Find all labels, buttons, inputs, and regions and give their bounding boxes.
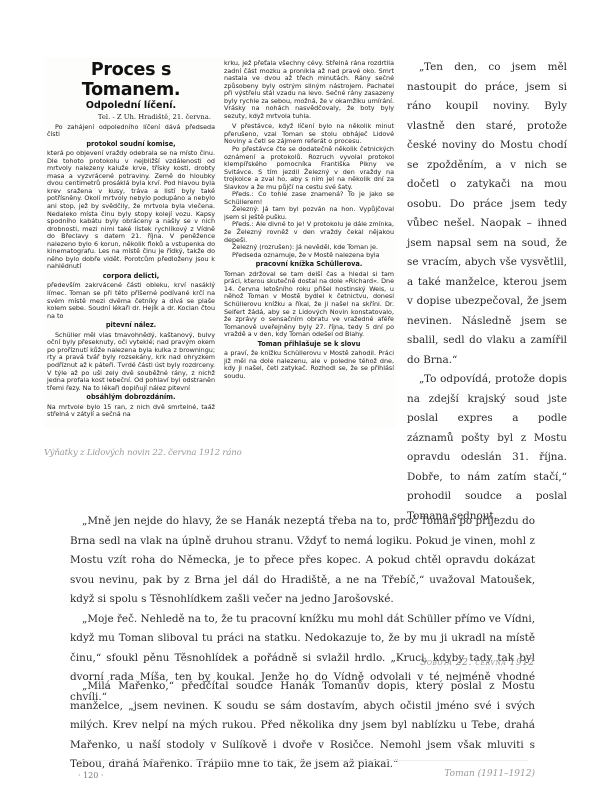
side-column-text: „Ten den, co jsem měl nastoupit do práce…	[407, 58, 567, 526]
newspaper-subhead: pitevní nález.	[47, 322, 215, 330]
newspaper-subheadline: Odpolední líčení.	[47, 100, 215, 111]
running-title: Toman (1911–1912)	[444, 769, 535, 779]
newspaper-paragraph: Předseda oznamuje, že v Mostě nalezena b…	[224, 252, 394, 260]
newspaper-left-column: Proces s Tomanem. Odpolední líčení. Tel.…	[47, 58, 215, 419]
side-paragraph: „Ten den, co jsem měl nastoupit do práce…	[407, 58, 567, 370]
section-dateline: Sobota 22. června 1912	[420, 658, 535, 668]
newspaper-subhead: Toman přihlašuje se k slovu	[224, 341, 394, 349]
newspaper-paragraph: a praví, že knížku Schüllerovu v Mostě z…	[224, 350, 394, 380]
newspaper-paragraph: Na mrtvole bylo 15 ran, z nich dvě smrte…	[47, 404, 215, 419]
newspaper-clipping: Proces s Tomanem. Odpolední líčení. Tel.…	[44, 58, 396, 428]
newspaper-subhead: corpora delicti,	[47, 273, 215, 281]
page-number: · 120 ·	[78, 771, 103, 780]
newspaper-paragraph: Toman zdržoval se tam delší čas a hledal…	[224, 271, 394, 339]
book-page: Proces s Tomanem. Odpolední líčení. Tel.…	[0, 0, 611, 799]
image-caption: Výňatky z Lidových novin 22. června 1912…	[44, 448, 242, 458]
newspaper-paragraph: V přestávce, když líčení bylo na několik…	[224, 123, 394, 146]
newspaper-subhead: obsáhlým dobrozdáním.	[47, 394, 215, 402]
newspaper-right-column: krku, jež přeťala všechny cévy. Střelná …	[224, 60, 394, 380]
newspaper-paragraph: především zakrvácené části obleku, krví …	[47, 282, 215, 320]
newspaper-paragraph: Po přestávce čte se dodatečně několik če…	[224, 146, 394, 191]
newspaper-dateline: Tel. - Z Uh. Hradiště, 21. června.	[47, 114, 215, 122]
newspaper-paragraph: Po zahájení odpoledního líčení dává před…	[47, 124, 215, 139]
newspaper-paragraph: Schüller měl vlas tmavohnědý, kaštanový,…	[47, 332, 215, 392]
newspaper-paragraph: krku, jež přeťala všechny cévy. Střelná …	[224, 60, 394, 120]
newspaper-paragraph: Železný: Já tam byl pozván na hon. Vypůj…	[224, 206, 394, 221]
newspaper-paragraph: která po objevení vraždy odebrala se na …	[47, 150, 215, 271]
footer-divider	[78, 760, 528, 761]
side-paragraph: „To odpovídá, protože dopis na zdejší kr…	[407, 370, 567, 526]
newspaper-subhead: protokol soudní komise,	[47, 141, 215, 149]
newspaper-headline: Proces s Tomanem.	[47, 60, 215, 100]
newspaper-subhead: pracovní knížka Schüllerova.	[224, 261, 394, 269]
body-paragraph: „Mně jen nejde do hlavy, že se Hanák nez…	[70, 512, 535, 610]
newspaper-paragraph: Předs.: Ale divné to je! V protokolu je …	[224, 221, 394, 244]
